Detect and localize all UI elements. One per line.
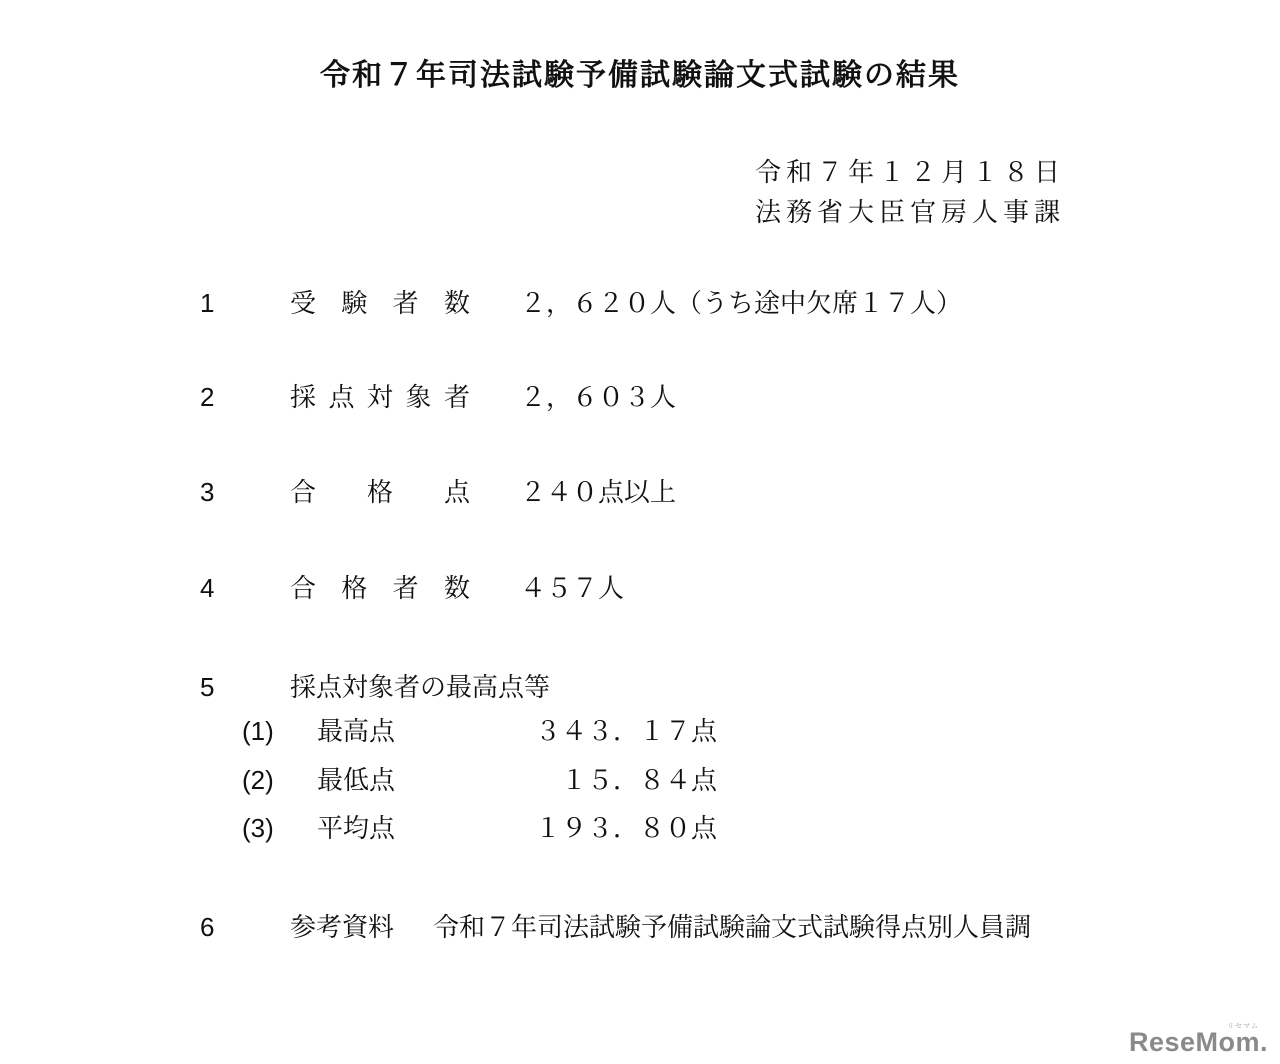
item-number: 3 bbox=[200, 476, 214, 508]
row-examinee-count: 1 受験者数 ２，６２０人（うち途中欠席１７人） bbox=[0, 287, 1280, 319]
subrow-highest-score: (1) 最高点 ３４３．１７点 bbox=[0, 715, 1280, 747]
sub-item-value: １５．８４点 bbox=[500, 764, 717, 796]
issuing-department: 法務省大臣官房人事課 bbox=[755, 192, 1065, 232]
resemom-wordmark: ReseMom. bbox=[1129, 1027, 1268, 1057]
item-label: 採点対象者の最高点等 bbox=[290, 671, 550, 703]
sub-item-label: 最低点 bbox=[317, 764, 395, 796]
item-number: 5 bbox=[200, 671, 214, 703]
subrow-average-score: (3) 平均点 １９３．８０点 bbox=[0, 812, 1280, 844]
item-number: 4 bbox=[200, 572, 214, 604]
sub-item-value: １９３．８０点 bbox=[500, 812, 717, 844]
sub-item-number: (1) bbox=[242, 715, 274, 747]
item-value: ２，６０３人 bbox=[520, 381, 676, 413]
item-number: 6 bbox=[200, 911, 214, 943]
item-value: ２，６２０人（うち途中欠席１７人） bbox=[520, 287, 962, 319]
document-page: 令和７年司法試験予備試験論文式試験の結果 令和７年１２月１８日 法務省大臣官房人… bbox=[0, 0, 1280, 1064]
resemom-ruby-text: リセマム bbox=[1227, 1021, 1259, 1031]
item-label: 採点対象者 bbox=[290, 381, 470, 413]
item-label: 合格者数 bbox=[290, 572, 470, 604]
subrow-lowest-score: (2) 最低点 １５．８４点 bbox=[0, 764, 1280, 796]
item-label: 合格点 bbox=[290, 476, 470, 508]
sub-item-label: 最高点 bbox=[317, 715, 395, 747]
row-score-summary-heading: 5 採点対象者の最高点等 bbox=[0, 671, 1280, 703]
sub-item-value: ３４３．１７点 bbox=[500, 715, 717, 747]
sub-item-number: (2) bbox=[242, 764, 274, 796]
item-number: 2 bbox=[200, 381, 214, 413]
date-block: 令和７年１２月１８日 法務省大臣官房人事課 bbox=[755, 152, 1065, 232]
item-value: 令和７年司法試験予備試験論文式試験得点別人員調 bbox=[433, 911, 1031, 943]
sub-item-label: 平均点 bbox=[317, 812, 395, 844]
row-reference-material: 6 参考資料 令和７年司法試験予備試験論文式試験得点別人員調 bbox=[0, 911, 1280, 943]
sub-item-number: (3) bbox=[242, 812, 274, 844]
issue-date: 令和７年１２月１８日 bbox=[755, 152, 1065, 192]
item-value: ４５７人 bbox=[520, 572, 624, 604]
item-value: ２４０点以上 bbox=[520, 476, 676, 508]
item-label: 受験者数 bbox=[290, 287, 470, 319]
item-number: 1 bbox=[200, 287, 214, 319]
resemom-logo: リセマム ReseMom. bbox=[1129, 1027, 1268, 1058]
item-label: 参考資料 bbox=[290, 911, 394, 943]
row-scored-examinees: 2 採点対象者 ２，６０３人 bbox=[0, 381, 1280, 413]
row-passing-score: 3 合格点 ２４０点以上 bbox=[0, 476, 1280, 508]
document-title: 令和７年司法試験予備試験論文式試験の結果 bbox=[0, 58, 1280, 94]
row-passer-count: 4 合格者数 ４５７人 bbox=[0, 572, 1280, 604]
